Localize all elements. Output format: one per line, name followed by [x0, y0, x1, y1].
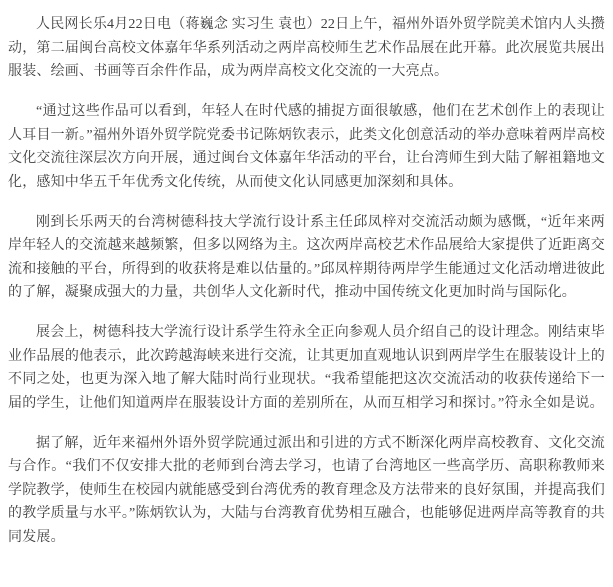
article-paragraph-quote-chen: “通过这些作品可以看到，年轻人在时代感的捕捉方面很敏感，他们在艺术创作上的表现让…: [8, 100, 605, 194]
article-paragraph-lead: 人民网长乐4月22日电（蒋巍念 实习生 袁也）22日上午，福州外语外贸学院美术馆…: [8, 13, 605, 84]
article-body: 人民网长乐4月22日电（蒋巍念 实习生 袁也）22日上午，福州外语外贸学院美术馆…: [0, 0, 613, 549]
article-paragraph-quote-qiu: 刚到长乐两天的台湾树德科技大学流行设计系主任邱凤梓对交流活动颇为感慨，“近年来两…: [8, 211, 605, 305]
article-paragraph-closing: 据了解，近年来福州外语外贸学院通过派出和引进的方式不断深化两岸高校教育、文化交流…: [8, 432, 605, 550]
article-paragraph-quote-fu: 展会上，树德科技大学流行设计系学生符永全正向参观人员介绍自己的设计理念。刚结束毕…: [8, 321, 605, 415]
